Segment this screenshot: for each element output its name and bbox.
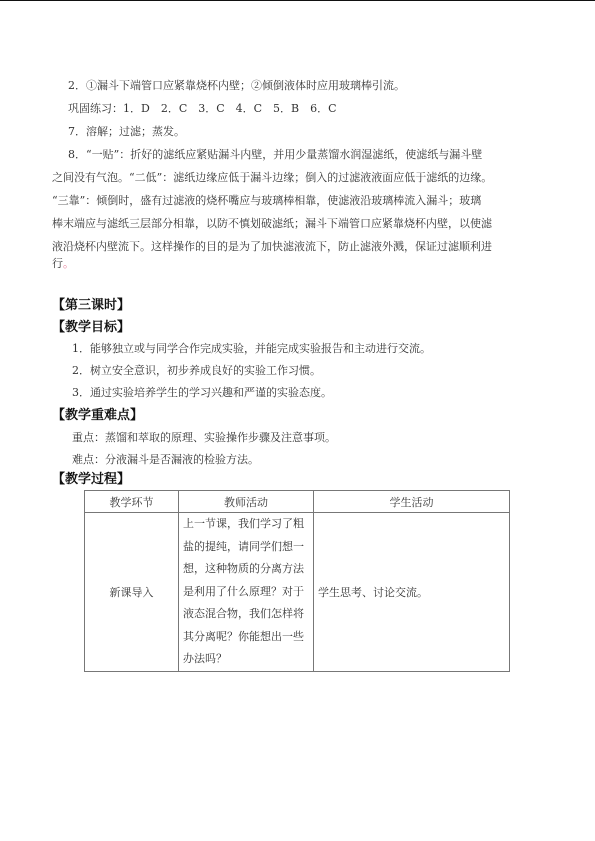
answer-line-8-last-text: 行 xyxy=(52,257,63,270)
process-heading: 【教学过程】 xyxy=(52,472,130,488)
cell-stage: 新课导入 xyxy=(85,513,179,672)
header-stage: 教学环节 xyxy=(85,491,179,513)
answer-line-8-p5: 液沿烧杯内壁流下。这样操作的目的是为了加快滤液流下，防止滤液外溅，保证过滤顺利进 xyxy=(52,240,492,254)
table-row: 新课导入 上一节课，我们学习了粗盐的提纯，请同学们想一想，这种物质的分离方法是利… xyxy=(85,513,510,672)
answer-line-8-p4: 棒末端应与滤纸三层部分相靠，以防不慎划破滤纸；漏斗下端管口应紧靠烧杯内壁，以使滤 xyxy=(52,217,492,231)
header-student: 学生活动 xyxy=(314,491,510,513)
lesson-title: 【第三课时】 xyxy=(52,298,130,314)
answer-line-7: 7．溶解；过滤；蒸发。 xyxy=(68,125,185,139)
teaching-process-table: 教学环节 教师活动 学生活动 新课导入 上一节课，我们学习了粗盐的提纯，请同学们… xyxy=(84,490,510,672)
answer-line-8-p6: 行。 xyxy=(52,257,74,271)
answer-line-8-p1: 8．“一贴”：折好的滤纸应紧贴漏斗内壁，并用少量蒸馏水润湿滤纸，使滤纸与漏斗壁 xyxy=(68,148,482,162)
answer-line-8-p2: 之间没有气泡。“二低”：滤纸边缘应低于漏斗边缘；倒入的过滤液液面应低于滤纸的边缘… xyxy=(52,171,492,185)
cell-student: 学生思考、讨论交流。 xyxy=(314,513,510,672)
header-teacher: 教师活动 xyxy=(179,491,314,513)
practice-answers: 巩固练习：1．D 2．C 3．C 4．C 5．B 6．C xyxy=(68,102,337,116)
cell-teacher: 上一节课，我们学习了粗盐的提纯，请同学们想一想，这种物质的分离方法是利用了什么原… xyxy=(179,513,314,672)
table-header-row: 教学环节 教师活动 学生活动 xyxy=(85,491,510,513)
key-point: 重点：蒸馏和萃取的原理、实验操作步骤及注意事项。 xyxy=(72,431,336,445)
goals-heading: 【教学目标】 xyxy=(52,320,130,336)
page-top-border xyxy=(0,0,595,1)
goal-3: 3．通过实验培养学生的学习兴趣和严谨的实验态度。 xyxy=(72,386,332,400)
answer-line-2: 2．①漏斗下端管口应紧靠烧杯内壁；②倾倒液体时应用玻璃棒引流。 xyxy=(68,79,405,93)
key-heading: 【教学重难点】 xyxy=(52,408,143,424)
goal-1: 1．能够独立或与同学合作完成实验，并能完成实验报告和主动进行交流。 xyxy=(72,342,431,356)
answer-line-8-p3: “三靠”：倾倒时，盛有过滤液的烧杯嘴应与玻璃棒相靠，使滤液沿玻璃棒流入漏斗；玻璃 xyxy=(52,194,481,208)
difficult-point: 难点：分液漏斗是否漏液的检验方法。 xyxy=(72,453,259,467)
goal-2: 2．树立安全意识，初步养成良好的实验工作习惯。 xyxy=(72,364,321,378)
answer-line-8-end-punct: 。 xyxy=(63,257,74,270)
